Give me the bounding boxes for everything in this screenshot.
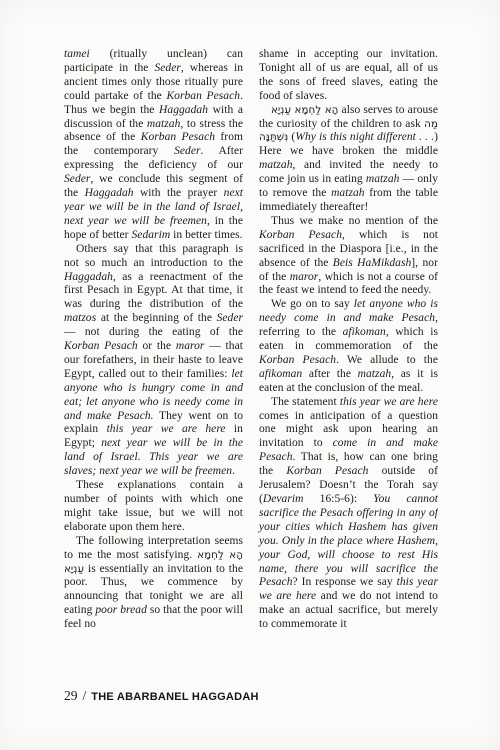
italic-text: Korban Pesach xyxy=(259,354,336,366)
body-text: The statement xyxy=(271,396,340,408)
italic-text: poor bread xyxy=(95,604,147,616)
italic-text: Korban Pesach xyxy=(259,229,342,241)
italic-text: Korban Pesach xyxy=(141,131,215,143)
body-text: We go on to say xyxy=(271,298,354,310)
left-column: tamei (ritually unclean) can participate… xyxy=(64,48,243,700)
body-text: Others say that this paragraph is not so… xyxy=(64,243,243,269)
paragraph: הָא לַחְמָא עַנְיָא also serves to arous… xyxy=(259,104,438,215)
italic-text: Devarim xyxy=(263,493,304,505)
body-text: These explanations contain a number of p… xyxy=(64,479,243,533)
body-text: in better times. xyxy=(170,229,242,241)
paragraph: The following interpretation seems to me… xyxy=(64,535,243,632)
italic-text: matzah xyxy=(147,118,181,130)
italic-text: matzos xyxy=(64,312,96,324)
paragraph: The statement this year we are here come… xyxy=(259,396,438,632)
page-number: 29 xyxy=(64,688,78,704)
italic-text: matzah xyxy=(366,173,400,185)
italic-text: Korban Pesach xyxy=(286,465,368,477)
italic-text: maror xyxy=(176,340,205,352)
italic-text: Beis HaMikdash xyxy=(333,257,412,269)
body-text: . We allude to the xyxy=(336,354,438,366)
italic-text: this year we are here xyxy=(340,396,438,408)
italic-text: Sedarim xyxy=(132,229,171,241)
italic-text: Haggadah xyxy=(64,271,113,283)
italic-text: matzah xyxy=(259,159,293,171)
italic-text: matzah xyxy=(358,368,392,380)
italic-text: matzah xyxy=(331,187,365,199)
page-footer: 29 / THE ABARBANEL HAGGADAH xyxy=(64,688,259,704)
italic-text: Korban Pesach xyxy=(64,340,138,352)
italic-text: Haggadah xyxy=(159,104,208,116)
body-text: after the xyxy=(302,368,357,380)
right-column: shame in accepting our invitation. Tonig… xyxy=(259,48,438,700)
body-text: with the prayer xyxy=(134,187,224,199)
text-block: tamei (ritually unclean) can participate… xyxy=(64,48,438,700)
paragraph: tamei (ritually unclean) can participate… xyxy=(64,48,243,243)
italic-text: afikoman xyxy=(343,326,386,338)
body-text: — not during the eating of the xyxy=(64,326,243,338)
book-title: THE ABARBANEL HAGGADAH xyxy=(91,691,258,703)
italic-text: You cannot sacrifice the Pesach offering… xyxy=(259,493,438,588)
hebrew-text: הָא לַחְמָא עַנְיָא xyxy=(271,104,338,116)
italic-text: maror xyxy=(290,271,319,283)
body-text: 16:5-6): xyxy=(303,493,373,505)
italic-text: this year we are here xyxy=(107,423,226,435)
italic-text: Haggadah xyxy=(85,187,134,199)
body-text: . xyxy=(232,465,235,477)
paragraph: Others say that this paragraph is not so… xyxy=(64,243,243,479)
body-text: Thus we make no mention of the xyxy=(271,215,438,227)
book-page: tamei (ritually unclean) can participate… xyxy=(0,0,500,750)
italic-text: afikoman xyxy=(259,368,302,380)
italic-text: Seder xyxy=(154,62,180,74)
italic-text: tamei xyxy=(64,48,90,60)
italic-text: Seder xyxy=(217,312,243,324)
italic-text: Why is this night different . . . xyxy=(295,131,434,143)
body-text: shame in accepting our invitation. Tonig… xyxy=(259,48,438,102)
body-text: or the xyxy=(138,340,176,352)
body-text: ? In response we say xyxy=(293,576,397,588)
paragraph: We go on to say let anyone who is needy … xyxy=(259,298,438,395)
italic-text: Seder xyxy=(174,145,200,157)
italic-text: Seder xyxy=(64,173,90,185)
paragraph: These explanations contain a number of p… xyxy=(64,479,243,535)
paragraph: Thus we make no mention of the Korban Pe… xyxy=(259,215,438,298)
italic-text: Korban Pesach xyxy=(166,90,240,102)
body-text: at the beginning of the xyxy=(96,312,216,324)
footer-separator: / xyxy=(83,688,87,704)
paragraph: shame in accepting our invitation. Tonig… xyxy=(259,48,438,104)
